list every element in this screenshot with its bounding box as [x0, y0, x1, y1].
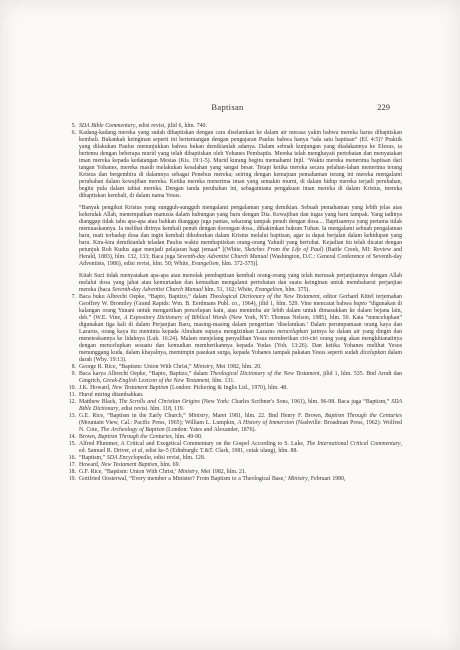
endnote-paragraph: G.E. Rice, “Baptism in the Early Church,…: [79, 413, 402, 434]
endnote: 19.Gottfried Oosterwal, “Every member a …: [64, 476, 402, 483]
endnote-text: G.E. Rice, “Baptism in the Early Church,…: [79, 413, 402, 434]
endnote: 14.Brown, Baptism Through the Centuries,…: [64, 434, 402, 441]
endnote-number: 17.: [64, 462, 79, 469]
endnote-paragraph: Huruf miring ditambahkan.: [79, 392, 402, 399]
endnote-number: 11.: [64, 392, 79, 399]
endnote-number: 7.: [64, 294, 79, 301]
endnote-paragraph: Baca karya Albrecht Oepke, “Bapto, Bapti…: [79, 371, 402, 385]
endnote-text: Brown, Baptism Through the Centuries, hl…: [79, 434, 402, 441]
endnote: 18.G.F. Rice, “Baptism: Union With Chris…: [64, 469, 402, 476]
endnote: 10.J.K. Howard, New Testament Baptism (L…: [64, 385, 402, 392]
endnote-text: Matthew Black, The Scrolls and Christian…: [79, 399, 402, 413]
endnote-number: 6.: [64, 130, 79, 137]
endnote: 13.G.E. Rice, “Baptism in the Early Chur…: [64, 413, 402, 434]
endnote-paragraph: Baca buku Albrecht Oepke, “Bapto, Baptiz…: [79, 294, 402, 364]
endnote-text: “Baptism,” SDA Encyclopedia, edisi revis…: [79, 455, 402, 462]
endnote: 6.Kadang-kadang mereka yang sudah dibapt…: [64, 130, 402, 294]
endnote-number: 8.: [64, 364, 79, 371]
endnote: 16.“Baptism,” SDA Encyclopedia, edisi re…: [64, 455, 402, 462]
endnote-paragraph: “Baptism,” SDA Encyclopedia, edisi revis…: [79, 455, 402, 462]
endnote-number: 5.: [64, 123, 79, 130]
endnote: 5.SDA Bible Commentary, edisi revisi, ji…: [64, 123, 402, 130]
endnote-text: SDA Bible Commentary, edisi revisi, jili…: [79, 123, 402, 130]
endnote-number: 9.: [64, 371, 79, 378]
endnote-text: George R. Rice, “Baptism: Union With Chr…: [79, 364, 402, 371]
endnote-paragraph: Alfred Plummer, A Critical and Exegetica…: [79, 441, 402, 455]
endnote-number: 16.: [64, 455, 79, 462]
book-page: Baptisan 229 5.SDA Bible Commentary, edi…: [0, 0, 460, 650]
endnote-paragraph: George R. Rice, “Baptism: Union With Chr…: [79, 364, 402, 371]
endnote-paragraph: Matthew Black, The Scrolls and Christian…: [79, 399, 402, 413]
endnote-number: 13.: [64, 413, 79, 420]
endnote-paragraph: Brown, Baptism Through the Centuries, hl…: [79, 434, 402, 441]
page-number: 229: [377, 102, 390, 112]
endnote-paragraph: SDA Bible Commentary, edisi revisi, jili…: [79, 123, 402, 130]
endnote-paragraph: Gottfried Oosterwal, “Every member a Min…: [79, 476, 402, 483]
endnote-number: 19.: [64, 476, 79, 483]
endnote-text: Kadang-kadang mereka yang sudah dibaptis…: [79, 130, 402, 294]
endnote: 11.Huruf miring ditambahkan.: [64, 392, 402, 399]
running-title: Baptisan: [65, 102, 390, 112]
endnote-text: Howard, New Testament Baptism, hlm. 69.: [79, 462, 402, 469]
endnote-text: Baca buku Albrecht Oepke, “Bapto, Baptiz…: [79, 294, 402, 364]
endnote: 7.Baca buku Albrecht Oepke, “Bapto, Bapt…: [64, 294, 402, 364]
endnote-text: Huruf miring ditambahkan.: [79, 392, 402, 399]
endnotes-list: 5.SDA Bible Commentary, edisi revisi, ji…: [64, 123, 402, 483]
endnote-paragraph: “Banyak pengikut Kristus yang sungguh-su…: [79, 205, 402, 268]
endnote-text: Baca karya Albrecht Oepke, “Bapto, Bapti…: [79, 371, 402, 385]
endnote-paragraph: Kitab Suci tidak menyatakan apa-apa atau…: [79, 273, 402, 294]
page-header: Baptisan 229: [65, 102, 390, 112]
endnote: 9.Baca karya Albrecht Oepke, “Bapto, Bap…: [64, 371, 402, 385]
endnote-paragraph: G.F. Rice, “Baptism: Union With Christ,’…: [79, 469, 402, 476]
endnote-number: 15.: [64, 441, 79, 448]
endnote-text: Gottfried Oosterwal, “Every member a Min…: [79, 476, 402, 483]
endnote: 8.George R. Rice, “Baptism: Union With C…: [64, 364, 402, 371]
endnote-paragraph: Kadang-kadang mereka yang sudah dibaptis…: [79, 130, 402, 200]
endnote-number: 10.: [64, 385, 79, 392]
endnote-paragraph: Howard, New Testament Baptism, hlm. 69.: [79, 462, 402, 469]
endnote-text: J.K. Howard, New Testament Baptism (Lond…: [79, 385, 402, 392]
endnote: 15.Alfred Plummer, A Critical and Exeget…: [64, 441, 402, 455]
endnote: 12.Matthew Black, The Scrolls and Christ…: [64, 399, 402, 413]
endnote-text: Alfred Plummer, A Critical and Exegetica…: [79, 441, 402, 455]
endnote-number: 18.: [64, 469, 79, 476]
endnote-paragraph: J.K. Howard, New Testament Baptism (Lond…: [79, 385, 402, 392]
endnote-number: 12.: [64, 399, 79, 406]
endnote-text: G.F. Rice, “Baptism: Union With Christ,’…: [79, 469, 402, 476]
endnote-number: 14.: [64, 434, 79, 441]
endnote: 17.Howard, New Testament Baptism, hlm. 6…: [64, 462, 402, 469]
